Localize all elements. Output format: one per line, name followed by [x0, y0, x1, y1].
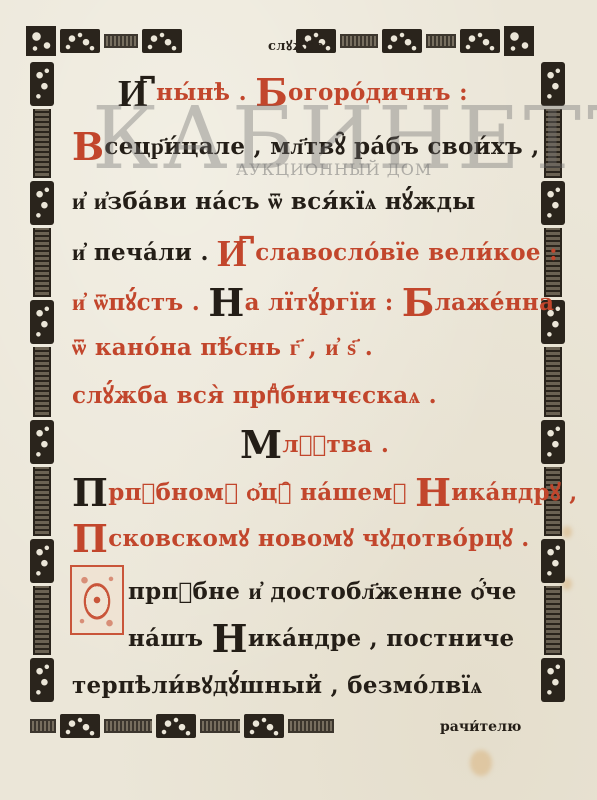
text-segment: ика́ндре , постниче — [248, 625, 515, 652]
floral-ornament-icon — [30, 300, 54, 344]
corner-ornament-icon — [26, 26, 56, 56]
decorated-initial-o: О — [70, 565, 124, 635]
floral-ornament-icon — [541, 658, 565, 702]
text-line-10: Псковскомꙋ новомꙋ чꙋдотво́рцꙋ . — [72, 524, 530, 554]
text-segment: ны́нѣ . — [148, 79, 255, 106]
text-segment: терпѣли́вꙋдꙋ́шный , безмо́лвїѧ — [72, 672, 482, 699]
floral-ornament-icon — [541, 420, 565, 464]
text-segment: слꙋ́жба вся̀ прпⷣбничєскаѧ . — [72, 382, 437, 409]
floral-ornament-icon — [30, 539, 54, 583]
text-segment: ика́ндрꙋ , — [451, 479, 577, 506]
bar-ornament-icon — [544, 109, 562, 178]
text-line-13: терпѣли́вꙋдꙋ́шный , безмо́лвїѧ — [72, 674, 482, 697]
text-segment: рпⷣбномꙋ ѻ҆цꙋ̑ на́шемꙋ — [108, 479, 415, 506]
initial-m: М — [240, 422, 282, 467]
running-head: слꙋжба — [268, 36, 324, 54]
initial-p-red: П — [72, 516, 108, 561]
floral-ornament-icon — [541, 539, 565, 583]
initial-i-red: И͆ — [217, 230, 247, 275]
bar-ornament-icon — [426, 34, 456, 48]
bottom-border-ornament — [30, 713, 365, 739]
bar-ornament-icon — [33, 467, 51, 536]
text-line-9: Прпⷣбномꙋ ѻ҆цꙋ̑ на́шемꙋ Ника́ндрꙋ , — [72, 478, 578, 508]
bar-ornament-icon — [288, 719, 334, 733]
text-segment: ѿ кано́на пѣ́снь г҃ , и҆ ѕ҃ . — [72, 334, 373, 361]
text-segment: и҆ ѿпꙋ́стъ . — [72, 289, 208, 316]
right-border-ornament — [541, 62, 565, 702]
floral-ornament-icon — [156, 714, 196, 738]
text-segment: сецр҃и́цале , мл҃твꙋ̑ ра́бъ свои́хъ , — [104, 133, 539, 160]
text-line-1: И͆ ны́нѣ . Богоро́дичнъ : — [118, 78, 468, 108]
bar-ornament-icon — [30, 719, 56, 733]
initial-n-red: Н — [415, 470, 451, 515]
initial-n-black: Н — [212, 616, 248, 661]
floral-ornament-icon — [460, 29, 500, 53]
text-segment: а лїтꙋ́ргїи : — [245, 289, 402, 316]
bar-ornament-icon — [340, 34, 378, 48]
floral-ornament-icon — [30, 181, 54, 225]
text-line-7: слꙋ́жба вся̀ прпⷣбничєскаѧ . — [72, 384, 437, 407]
floral-ornament-icon — [142, 29, 182, 53]
floral-ornament-icon — [30, 62, 54, 106]
text-line-12: на́шъ Ника́ндре , постниче — [128, 624, 515, 654]
floral-ornament-icon — [30, 420, 54, 464]
corner-ornament-icon — [504, 26, 534, 56]
initial-n: Н — [208, 280, 244, 325]
text-line-8-heading: Млⷭ҇тва . — [240, 430, 389, 460]
paper-stain — [470, 750, 492, 776]
initial-p: П — [72, 470, 108, 515]
left-border-ornament — [30, 62, 54, 702]
text-segment: на́шъ — [128, 625, 212, 652]
text-segment: и҆ печа́ли . — [72, 239, 217, 266]
catchword: рачи́телю — [440, 719, 521, 735]
bar-ornament-icon — [33, 347, 51, 416]
initial-i: И͆ — [118, 70, 148, 115]
text-line-2: Всецр҃и́цале , мл҃твꙋ̑ ра́бъ свои́хъ , — [72, 132, 540, 162]
floral-ornament-icon — [60, 714, 100, 738]
floral-ornament-icon — [60, 29, 100, 53]
bar-ornament-icon — [200, 719, 240, 733]
text-line-3: и҆ и҆зба́ви на́съ ѿ вся́кїѧ нꙋ́жды — [72, 190, 476, 213]
text-segment: лаже́нна — [435, 289, 555, 316]
initial-b: Б — [255, 70, 288, 115]
text-segment: огоро́дичнъ : — [288, 79, 468, 106]
floral-ornament-icon — [541, 181, 565, 225]
bar-ornament-icon — [544, 586, 562, 655]
text-segment: славосло́вїе вели́кое : — [247, 239, 558, 266]
floral-ornament-icon — [382, 29, 422, 53]
bar-ornament-icon — [33, 228, 51, 297]
text-line-5: и҆ ѿпꙋ́стъ . На лїтꙋ́ргїи : Блаже́нна — [72, 288, 554, 318]
bar-ornament-icon — [33, 586, 51, 655]
initial-letter: О — [72, 567, 122, 633]
bar-ornament-icon — [104, 719, 152, 733]
text-segment: и҆ и҆зба́ви на́съ ѿ вся́кїѧ нꙋ́жды — [72, 188, 476, 215]
text-segment: сковскомꙋ новомꙋ чꙋдотво́рцꙋ . — [108, 525, 529, 552]
floral-ornament-icon — [30, 658, 54, 702]
initial-v: В — [72, 124, 104, 169]
text-segment: прпⷣбне и҆ достобл҃женне ѻ҆́че — [128, 578, 517, 605]
floral-ornament-icon — [244, 714, 284, 738]
bar-ornament-icon — [33, 109, 51, 178]
bar-ornament-icon — [544, 347, 562, 416]
initial-b-red: Б — [402, 280, 435, 325]
text-line-4: и҆ печа́ли . И͆ славосло́вїе вели́кое : — [72, 238, 558, 268]
floral-ornament-icon — [541, 62, 565, 106]
text-line-11: прпⷣбне и҆ достобл҃женне ѻ҆́че — [128, 580, 517, 603]
text-segment: лⷭ҇тва . — [282, 431, 389, 458]
bar-ornament-icon — [104, 34, 138, 48]
text-line-6: ѿ кано́на пѣ́снь г҃ , и҆ ѕ҃ . — [72, 336, 373, 359]
